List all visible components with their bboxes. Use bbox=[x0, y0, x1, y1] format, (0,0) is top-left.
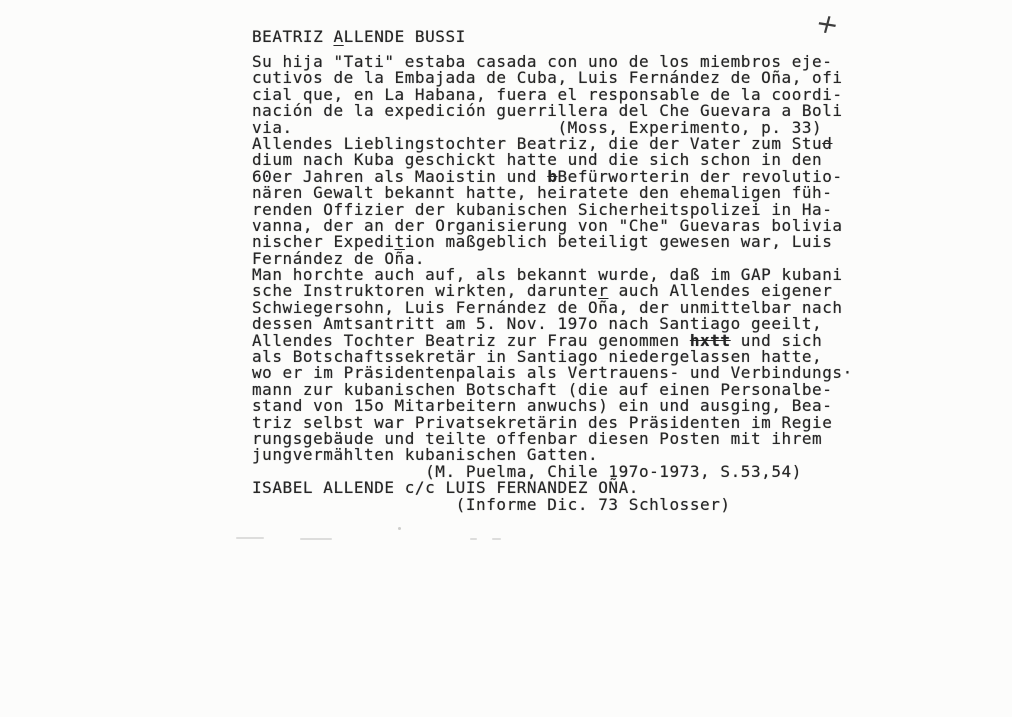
scanned-page: + BEATRIZ ALLENDE BUSSI Su hija "Tati" e… bbox=[0, 0, 1012, 717]
scan-smudge bbox=[236, 537, 264, 539]
document-lines: Su hija "Tati" estaba casada con uno de … bbox=[252, 54, 853, 513]
heading-underlined-letter: A bbox=[333, 27, 343, 46]
scan-smudge bbox=[300, 538, 332, 540]
document-heading: BEATRIZ ALLENDE BUSSI bbox=[252, 27, 853, 46]
scan-smudge bbox=[470, 538, 477, 540]
heading-text-pre: BEATRIZ bbox=[252, 27, 333, 46]
scan-smudge bbox=[492, 538, 501, 540]
heading-text-post: LLENDE BUSSI bbox=[344, 27, 466, 46]
scan-smudge bbox=[398, 527, 401, 530]
text-line: (Informe Dic. 73 Schlosser) bbox=[252, 497, 853, 513]
document-text-block: BEATRIZ ALLENDE BUSSI Su hija "Tati" est… bbox=[252, 27, 853, 513]
